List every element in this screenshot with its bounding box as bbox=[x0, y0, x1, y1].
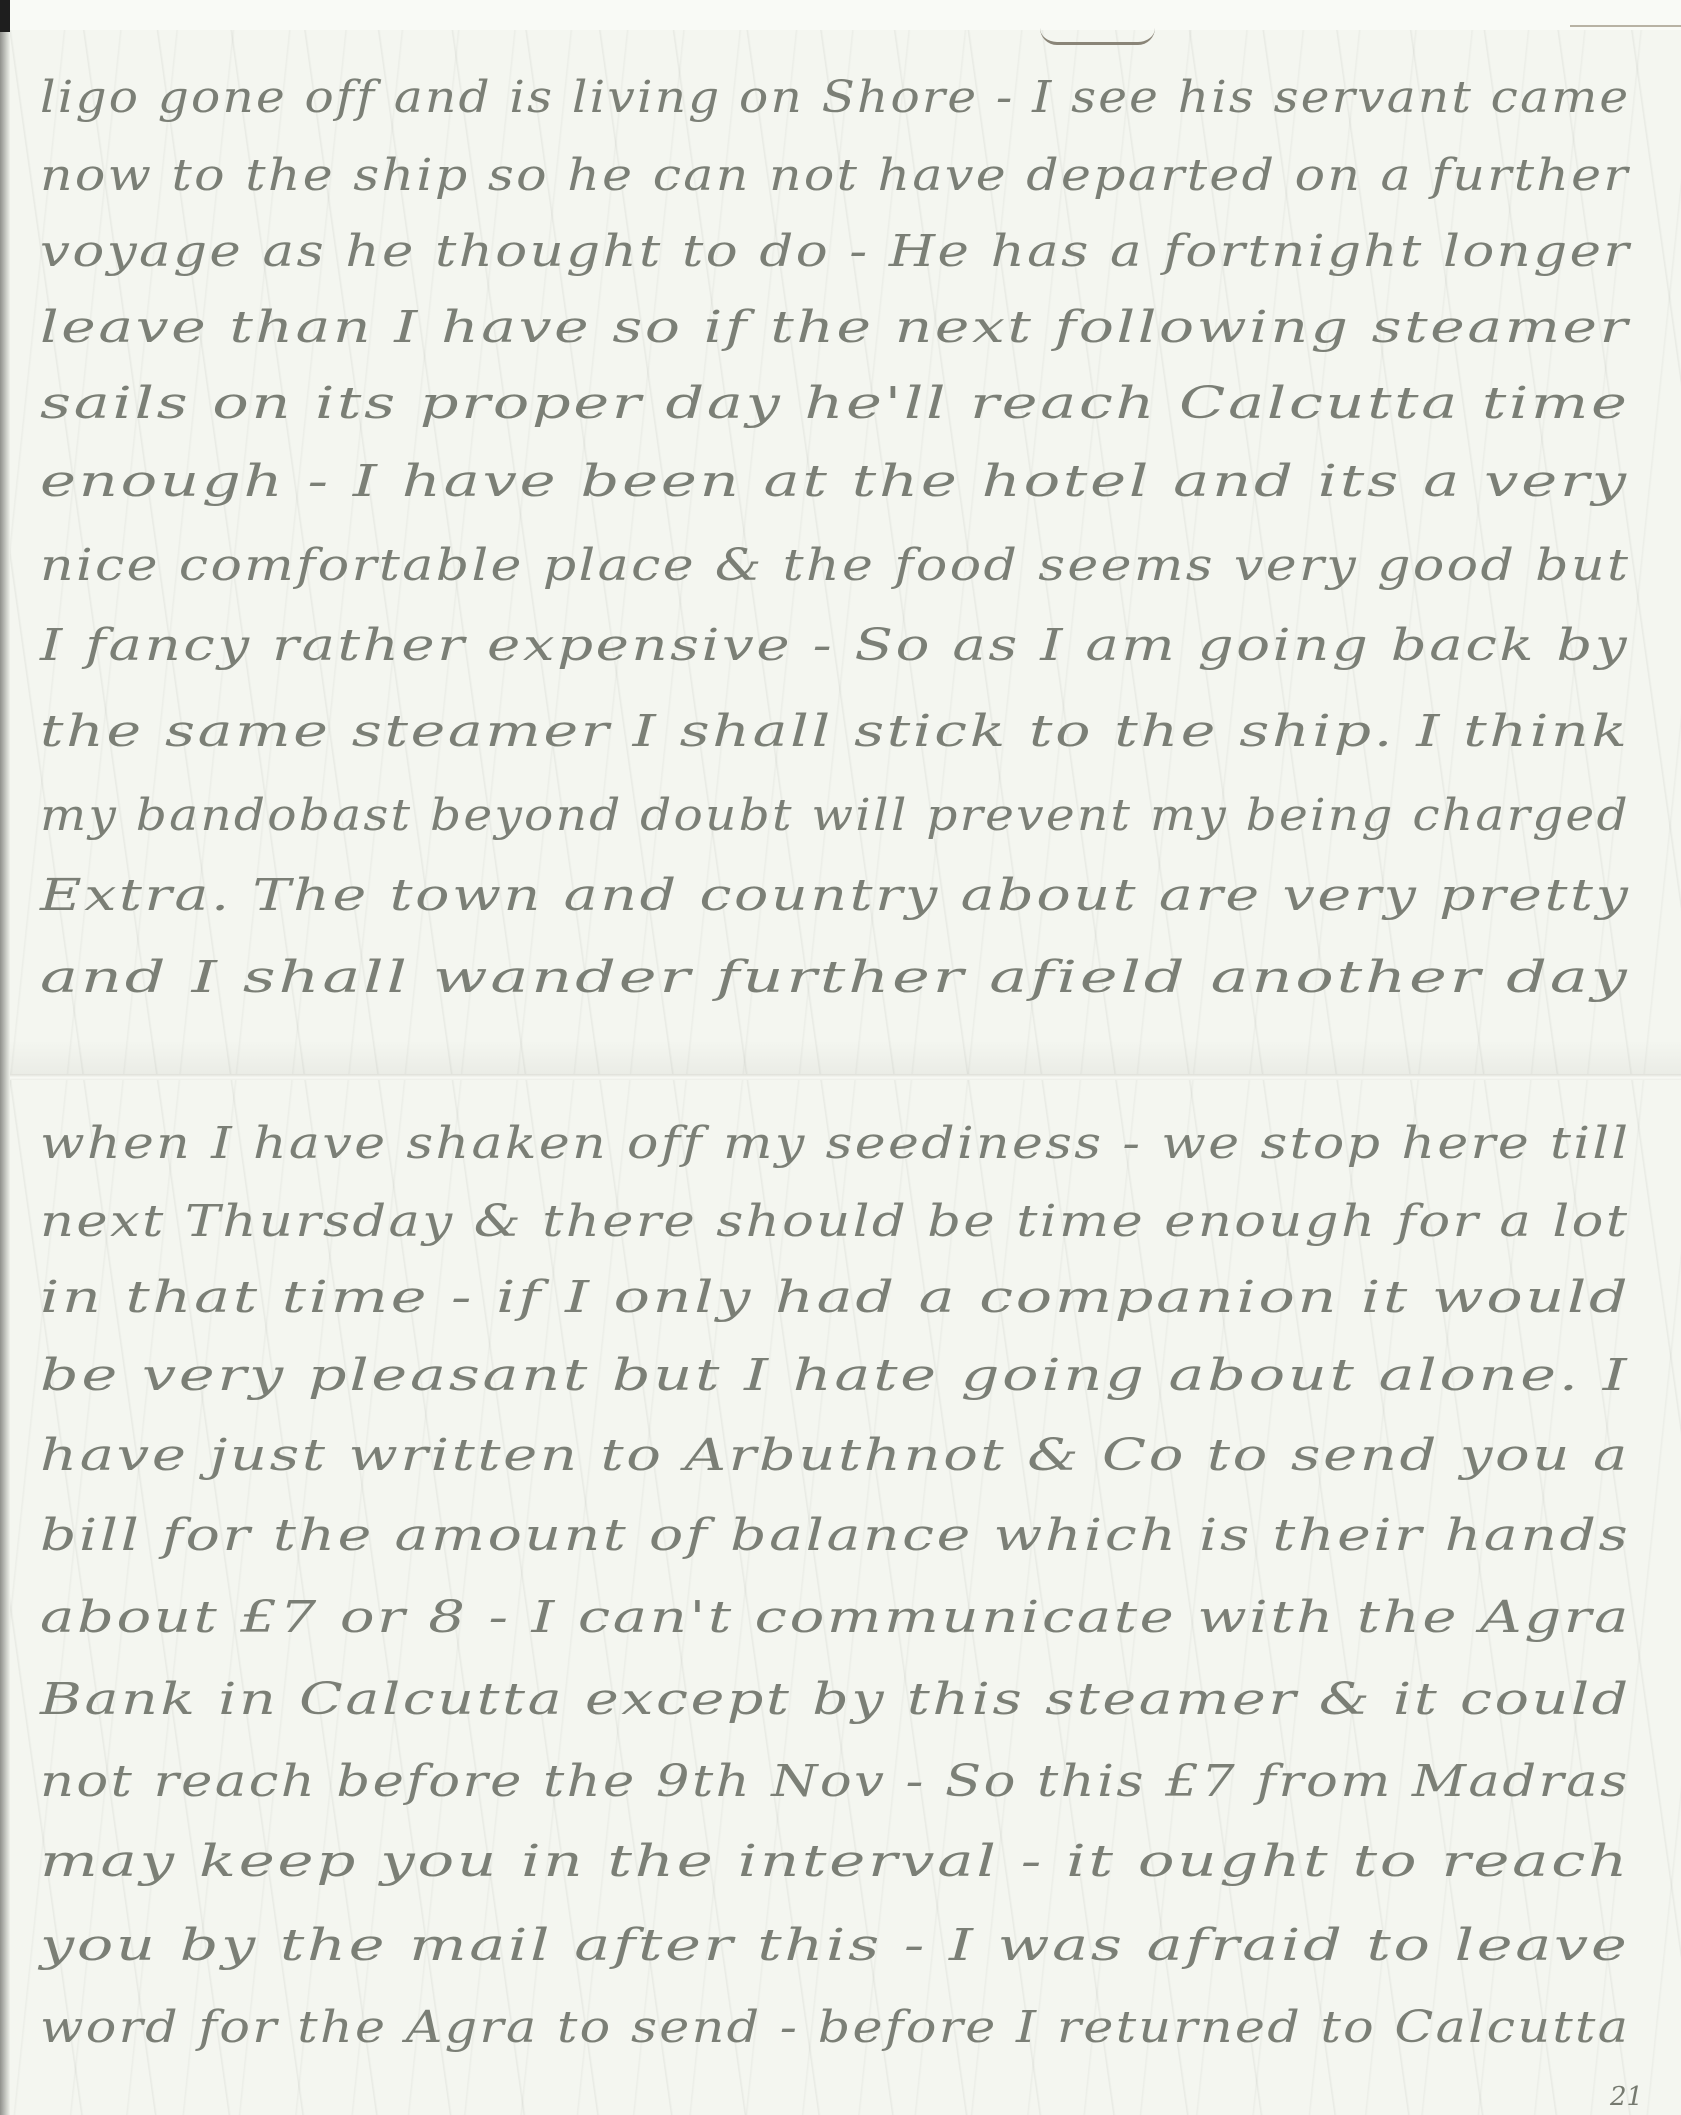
letter-line: when I have shaken off my seediness - we… bbox=[40, 1118, 1630, 1169]
fold-shadow bbox=[10, 1040, 1681, 1074]
letter-line: ligo gone off and is living on Shore - I… bbox=[40, 72, 1630, 123]
letter-line: Extra. The town and country about are ve… bbox=[40, 870, 1630, 921]
letter-line: next Thursday & there should be time eno… bbox=[40, 1196, 1629, 1247]
letter-line: the same steamer I shall stick to the sh… bbox=[40, 706, 1629, 757]
scan-top-margin bbox=[0, 0, 1681, 30]
letter-line: you by the mail after this - I was afrai… bbox=[40, 1920, 1629, 1971]
letter-line: and I shall wander further afield anothe… bbox=[40, 952, 1630, 1003]
letter-line: Bank in Calcutta except by this steamer … bbox=[40, 1674, 1631, 1725]
letter-line: about £7 or 8 - I can't communicate with… bbox=[40, 1592, 1631, 1643]
letter-line: be very pleasant but I hate going about … bbox=[40, 1350, 1629, 1401]
letter-line: have just written to Arbuthnot & Co to s… bbox=[40, 1430, 1630, 1481]
letter-line: sails on its proper day he'll reach Calc… bbox=[40, 378, 1630, 429]
letter-line: I fancy rather expensive - So as I am go… bbox=[40, 620, 1629, 671]
paper-edge-curl bbox=[1040, 28, 1155, 45]
letter-line: now to the ship so he can not have depar… bbox=[40, 150, 1630, 201]
letter-line: in that time - if I only had a companion… bbox=[40, 1272, 1630, 1323]
letter-line: may keep you in the interval - it ought … bbox=[40, 1836, 1630, 1887]
letter-line: not reach before the 9th Nov - So this £… bbox=[40, 1756, 1630, 1807]
letter-line: leave than I have so if the next followi… bbox=[40, 302, 1630, 353]
page-fold-line bbox=[10, 1074, 1681, 1080]
letter-line: bill for the amount of balance which is … bbox=[40, 1510, 1630, 1561]
letter-line: voyage as he thought to do - He has a fo… bbox=[40, 226, 1631, 277]
letter-line: nice comfortable place & the food seems … bbox=[40, 540, 1630, 591]
letter-line: word for the Agra to send - before I ret… bbox=[40, 2002, 1630, 2053]
page-number: 21 bbox=[1610, 2082, 1643, 2112]
scan-edge-dark bbox=[0, 0, 10, 32]
scan-edge-shadow bbox=[0, 32, 10, 2115]
paper-edge-line bbox=[1570, 25, 1681, 27]
letter-line: my bandobast beyond doubt will prevent m… bbox=[40, 790, 1630, 841]
letter-line: enough - I have been at the hotel and it… bbox=[40, 456, 1629, 507]
